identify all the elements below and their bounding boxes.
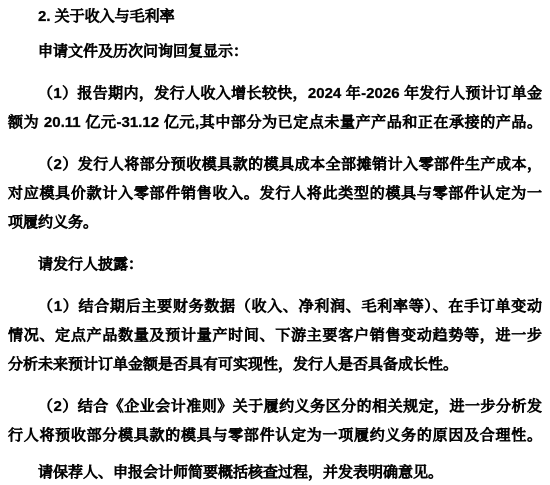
intro-line: 申请文件及历次问询回复显示：: [8, 37, 542, 66]
statement-1-line-2: 额为 20.11 亿元-31.12 亿元,其中部分为已定点未量产产品和正在承接的…: [8, 108, 542, 137]
section-heading: 2. 关于收入与毛利率: [8, 2, 542, 31]
disclosure-1-line-3: 分析未来预计订单金额是否具有可实现性，发行人是否具备成长性。: [8, 350, 542, 379]
closing-line: 请保荐人、申报会计师简要概括核查过程，并发表明确意见。: [8, 458, 542, 485]
document-page: 2. 关于收入与毛利率 申请文件及历次问询回复显示： （1）报告期内，发行人收入…: [0, 0, 550, 485]
statement-2-line-2: 对应模具价款计入零部件销售收入。发行人将此类型的模具与零部件认定为一: [8, 179, 542, 208]
disclosure-item-2: （2）结合《企业会计准则》关于履约义务区分的相关规定，进一步分析发 行人将预收部…: [8, 392, 542, 450]
statement-1-line-1: （1）报告期内，发行人收入增长较快，2024 年-2026 年发行人预计订单金: [8, 79, 542, 108]
statement-paragraph-1: （1）报告期内，发行人收入增长较快，2024 年-2026 年发行人预计订单金 …: [8, 79, 542, 137]
disclosure-item-1: （1）结合期后主要财务数据（收入、净利润、毛利率等）、在手订单变动 情况、定点产…: [8, 292, 542, 379]
statement-2-line-3: 项履约义务。: [8, 208, 542, 237]
disclosure-2-line-2: 行人将预收部分模具款的模具与零部件认定为一项履约义务的原因及合理性。: [8, 421, 542, 450]
statement-2-line-1: （2）发行人将部分预收模具款的模具成本全部摊销计入零部件生产成本，: [8, 150, 542, 179]
statement-paragraph-2: （2）发行人将部分预收模具款的模具成本全部摊销计入零部件生产成本， 对应模具价款…: [8, 150, 542, 237]
disclosure-1-line-2: 情况、定点产品数量及预计量产时间、下游主要客户销售变动趋势等，进一步: [8, 321, 542, 350]
disclosure-2-line-1: （2）结合《企业会计准则》关于履约义务区分的相关规定，进一步分析发: [8, 392, 542, 421]
disclosure-1-line-1: （1）结合期后主要财务数据（收入、净利润、毛利率等）、在手订单变动: [8, 292, 542, 321]
disclosure-intro-line: 请发行人披露：: [8, 250, 542, 279]
